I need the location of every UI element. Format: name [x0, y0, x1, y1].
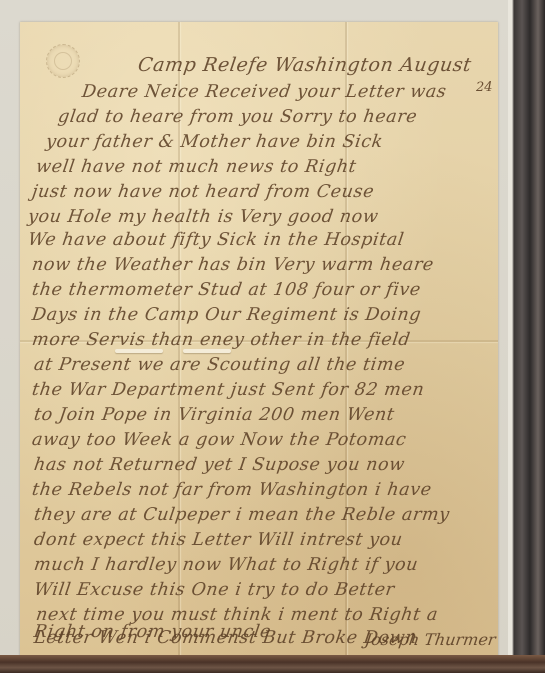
frame-edge	[508, 0, 545, 673]
letter-line: now the Weather has bin Very warm heare	[31, 257, 435, 275]
letter-date-day: 24	[476, 80, 493, 95]
letter-line: the War Department just Sent for 82 men	[31, 382, 426, 400]
letter-line: they are at Culpeper i mean the Reble ar…	[33, 507, 451, 525]
letter-line: much I hardley now What to Right if you	[33, 557, 419, 575]
letter-line: dont expect this Letter Will intrest you	[33, 532, 404, 550]
letter-line: away too Week a gow Now the Potomac	[31, 432, 408, 450]
letter-heading: Camp Relefe Washington August	[137, 56, 473, 75]
letter-line: to Join Pope in Virginia 200 men Went	[33, 407, 396, 425]
letter-line: well have not much news to Right	[35, 159, 358, 177]
letter-line: has not Returned yet I Supose you now	[33, 457, 406, 475]
letter-line: more Servis than eney other in the field	[31, 332, 412, 350]
frame-bottom-edge	[0, 655, 545, 673]
letter-line: at Present we are Scouting all the time	[33, 357, 406, 375]
letter-paper: Camp Relefe Washington August 24 Deare N…	[20, 22, 498, 658]
letter-closing-line: Right on from your uncle	[33, 622, 273, 642]
letter-line: We have about fifty Sick in the Hospital	[27, 232, 405, 250]
letter-line: your father & Mother have bin Sick	[45, 134, 384, 152]
letter-line: glad to heare from you Sorry to heare	[57, 109, 419, 127]
letter-line: the thermometer Stud at 108 four or five	[31, 282, 422, 300]
letter-line: Days in the Camp Our Regiment is Doing	[31, 307, 422, 325]
letter-signature: Joseph Thurmer	[364, 630, 497, 649]
letter-line: just now have not heard from Ceuse	[31, 184, 375, 202]
letter-line: you Hole my health is Very good now	[27, 209, 380, 227]
letter-line: Will Excuse this One i try to do Better	[33, 582, 396, 600]
letter-line: the Rebels not far from Washington i hav…	[31, 482, 433, 500]
letter-line: Deare Neice Received your Letter was	[81, 84, 448, 102]
letter-text: Camp Relefe Washington August 24 Deare N…	[20, 22, 498, 658]
